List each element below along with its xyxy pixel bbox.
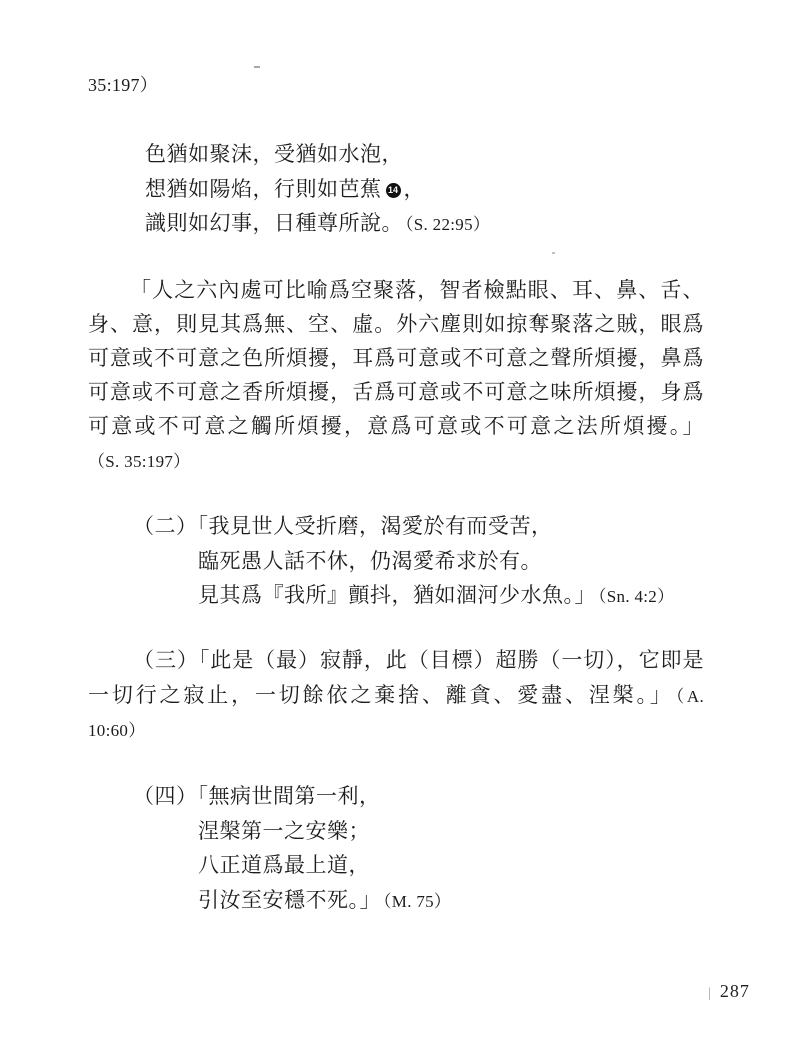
book-page: 35:197） 色猶如聚沫，受猶如水泡， 想猶如陽焰，行則如芭蕉14， 識則如幻… xyxy=(0,0,792,1056)
page-number-separator: | xyxy=(708,986,711,1002)
carryover-citation: 35:197） xyxy=(88,71,158,97)
sutta-citation: （S. 22:95） xyxy=(405,215,490,234)
item-line: 臨死愚人話不休，仍渴愛希求於有。 xyxy=(133,544,674,579)
item-block-2-sn42: （二）「我見世人受折磨，渴愛於有而受苦， 臨死愚人話不休，仍渴愛希求於有。 見其… xyxy=(133,509,674,613)
item-text: 見其爲『我所』顫抖，猶如涸河少水魚。」 xyxy=(198,583,596,607)
verse-text: 想猶如陽焰，行則如芭蕉 xyxy=(145,177,382,201)
page-footer: | 287 xyxy=(708,981,750,1002)
verse-line: 識則如幻事，日種尊所說。（S. 22:95） xyxy=(145,206,490,241)
prose-block-s35197: 「人之六內處可比喻爲空聚落，智者檢點眼、耳、鼻、舌、 身、意，則見其爲無、空、虛… xyxy=(88,273,704,443)
sutta-citation: （A. xyxy=(676,687,704,706)
verse-line: 色猶如聚沫，受猶如水泡， xyxy=(145,137,490,172)
item-line: 八正道爲最上道， xyxy=(133,848,451,883)
page-number: 287 xyxy=(720,981,750,1002)
sutta-citation: （Sn. 4:2） xyxy=(598,587,674,606)
item-line: 涅槃第一之安樂； xyxy=(133,814,451,849)
verse-line: 想猶如陽焰，行則如芭蕉14， xyxy=(145,172,490,207)
item-text: 一切行之寂止，一切餘依之棄捨、離貪、愛盡、涅槃。」 xyxy=(88,683,674,707)
item-line: 一切行之寂止，一切餘依之棄捨、離貪、愛盡、涅槃。」（A. xyxy=(88,678,704,715)
sutta-citation: （S. 35:197） xyxy=(88,447,190,472)
item-line: 見其爲『我所』顫抖，猶如涸河少水魚。」（Sn. 4:2） xyxy=(133,578,674,613)
item-block-3-a1060: （三）「此是（最）寂靜，此（目標）超勝（一切），它即是 一切行之寂止，一切餘依之… xyxy=(88,643,704,749)
prose-line: 身、意，則見其爲無、空、虛。外六塵則如掠奪聚落之賊，眼爲 xyxy=(88,307,704,341)
item-line: （四）「無病世間第一利， xyxy=(133,779,451,814)
item-line: （二）「我見世人受折磨，渴愛於有而受苦， xyxy=(133,509,674,544)
scan-artifact xyxy=(254,66,260,68)
footnote-14-marker: 14 xyxy=(386,183,401,198)
item-line: 引汝至安穩不死。」（M. 75） xyxy=(133,883,451,918)
prose-line: 「人之六內處可比喻爲空聚落，智者檢點眼、耳、鼻、舌、 xyxy=(88,273,704,307)
scan-artifact xyxy=(552,252,555,254)
item-line: （三）「此是（最）寂靜，此（目標）超勝（一切），它即是 xyxy=(88,643,704,678)
prose-line: 可意或不可意之色所煩擾，耳爲可意或不可意之聲所煩擾，鼻爲 xyxy=(88,341,704,375)
sutta-citation: 10:60） xyxy=(88,714,704,749)
item-text: 引汝至安穩不死。」 xyxy=(198,888,381,912)
item-block-4-m75: （四）「無病世間第一利， 涅槃第一之安樂； 八正道爲最上道， 引汝至安穩不死。」… xyxy=(133,779,451,917)
sutta-citation: （M. 75） xyxy=(383,892,451,911)
verse-block-s2295: 色猶如聚沫，受猶如水泡， 想猶如陽焰，行則如芭蕉14， 識則如幻事，日種尊所說。… xyxy=(145,137,490,241)
prose-line: 可意或不可意之觸所煩擾，意爲可意或不可意之法所煩擾。」 xyxy=(88,409,704,443)
verse-text: 識則如幻事，日種尊所說。 xyxy=(145,211,403,235)
verse-text: ， xyxy=(404,177,426,201)
prose-line: 可意或不可意之香所煩擾，舌爲可意或不可意之味所煩擾，身爲 xyxy=(88,375,704,409)
